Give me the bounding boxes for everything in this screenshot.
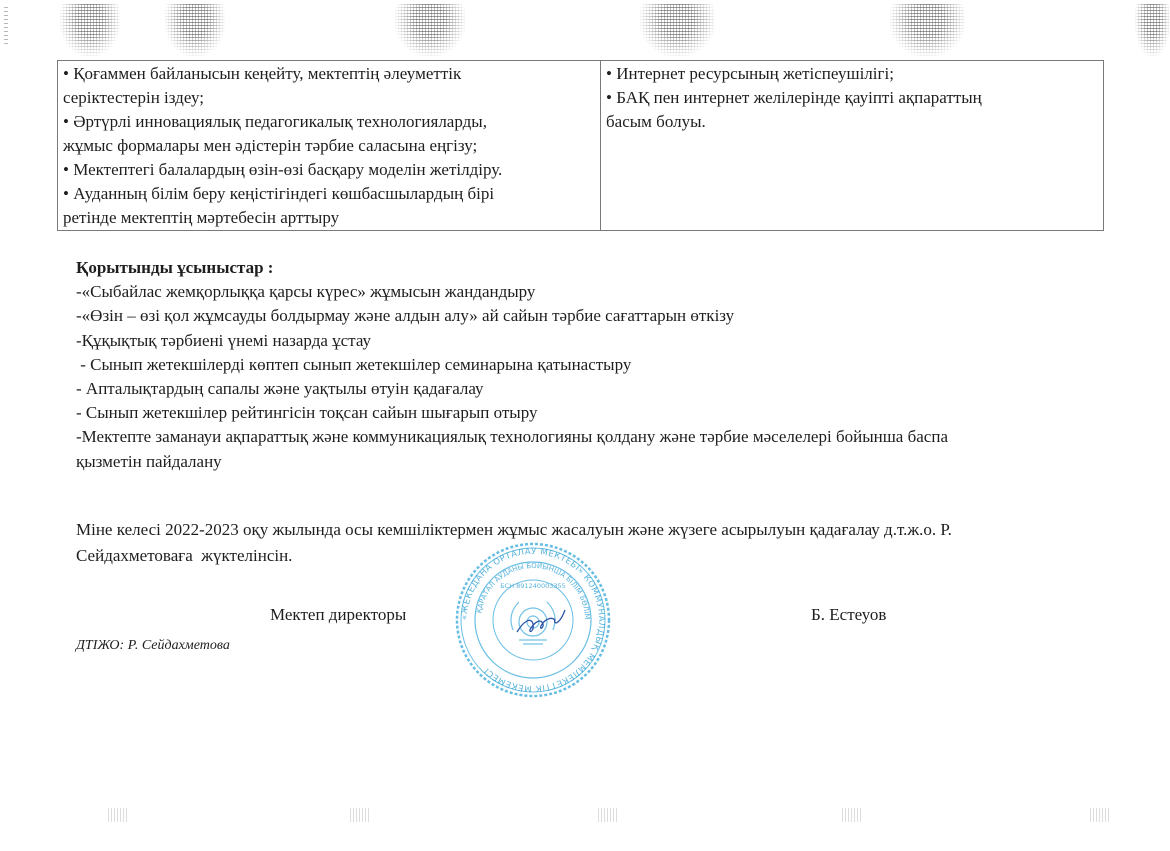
recommendation-item: -«Өзін – өзі қол жұмсауды болдырмау және… bbox=[76, 304, 1096, 328]
official-stamp: «ЖЕКЕДАНА ОРТАЛАУ МЕКТЕБІ» КОММУНАЛДЫҚ М… bbox=[453, 540, 613, 700]
recommendation-item: -«Сыбайлас жемқорлыққа қарсы күрес» жұмы… bbox=[76, 280, 1096, 304]
deputy-note: ДТІЖО: Р. Сейдахметова bbox=[76, 638, 230, 654]
scan-artifact-bottom bbox=[108, 808, 128, 822]
director-label: Мектеп директоры bbox=[270, 605, 406, 625]
cell-line: • БАҚ пен интернет желілерінде қауіпті а… bbox=[606, 86, 1098, 110]
scan-artifact-bottom bbox=[598, 808, 618, 822]
scan-artifact bbox=[1135, 4, 1170, 56]
scan-artifact bbox=[60, 4, 120, 56]
cell-line: ретінде мектептің мәртебесін арттыру bbox=[63, 206, 595, 230]
director-name: Б. Естеуов bbox=[811, 605, 886, 625]
cell-line: жұмыс формалары мен әдістерін тәрбие сал… bbox=[63, 134, 595, 158]
scan-artifact-bottom bbox=[1090, 808, 1110, 822]
conclusions-section: Қорытынды ұсыныстар : -«Сыбайлас жемқорл… bbox=[76, 256, 1096, 474]
cell-line: серіктестерін іздеу; bbox=[63, 86, 595, 110]
scan-artifact bbox=[165, 4, 225, 56]
opportunities-cell: • Қоғаммен байланысын кеңейту, мектептің… bbox=[58, 61, 601, 231]
threats-cell: • Интернет ресурсының жетіспеушілігі; • … bbox=[601, 61, 1104, 231]
conclusions-heading: Қорытынды ұсыныстар : bbox=[76, 256, 1096, 280]
scan-artifact bbox=[640, 4, 715, 56]
cell-line: • Интернет ресурсының жетіспеушілігі; bbox=[606, 62, 1098, 86]
cell-line: басым болуы. bbox=[606, 110, 1098, 134]
recommendation-item: - Сынып жетекшілер рейтингісін тоқсан са… bbox=[76, 401, 1096, 425]
cell-line: • Ауданның білім беру кеңістігіндегі көш… bbox=[63, 182, 595, 206]
svg-text:БСН 891240003355: БСН 891240003355 bbox=[500, 582, 566, 590]
table-row: • Қоғаммен байланысын кеңейту, мектептің… bbox=[58, 61, 1104, 231]
recommendation-item: қызметін пайдалану bbox=[76, 450, 1096, 474]
cell-line: • Мектептегі балалардың өзін-өзі басқару… bbox=[63, 158, 595, 182]
recommendation-item: - Сынып жетекшілерді көптеп сынып жетекш… bbox=[76, 353, 1096, 377]
scan-artifact bbox=[395, 4, 465, 56]
recommendation-item: - Апталықтардың сапалы және уақтылы өтуі… bbox=[76, 377, 1096, 401]
cell-line: • Қоғаммен байланысын кеңейту, мектептің… bbox=[63, 62, 595, 86]
stamp-seal-icon: «ЖЕКЕДАНА ОРТАЛАУ МЕКТЕБІ» КОММУНАЛДЫҚ М… bbox=[453, 540, 613, 700]
scan-artifact-bottom bbox=[350, 808, 370, 822]
recommendation-item: -Құқықтық тәрбиені үнемі назарда ұстау bbox=[76, 329, 1096, 353]
cell-line: • Әртүрлі инновациялық педагогикалық тех… bbox=[63, 110, 595, 134]
signature-scribble bbox=[517, 610, 565, 632]
opportunities-threats-table: • Қоғаммен байланысын кеңейту, мектептің… bbox=[57, 60, 1104, 231]
scan-artifact-left bbox=[4, 4, 8, 44]
scan-artifact bbox=[890, 4, 965, 56]
recommendation-item: -Мектепте заманауи ақпараттық және комму… bbox=[76, 425, 1096, 449]
scan-artifact-bottom bbox=[842, 808, 862, 822]
